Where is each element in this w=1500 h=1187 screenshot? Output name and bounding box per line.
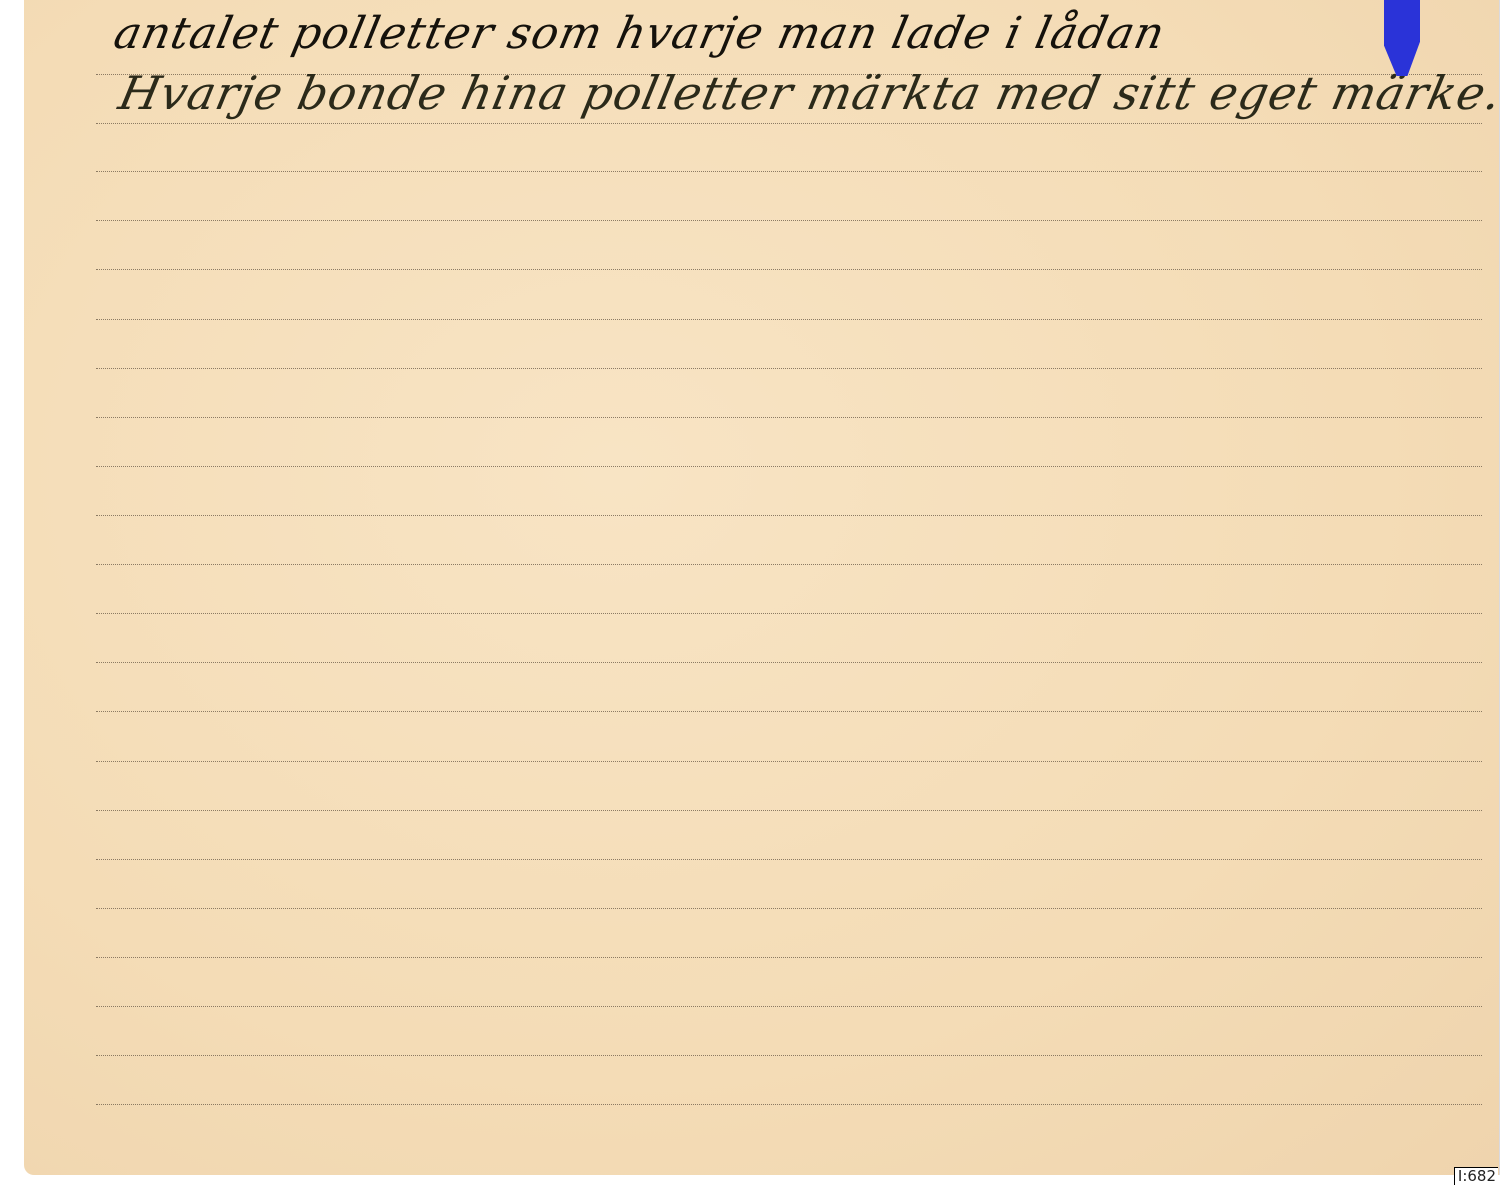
ruled-line [96, 269, 1482, 270]
ruled-line [96, 123, 1482, 124]
ruled-line [96, 957, 1482, 958]
handwritten-line-2: Hvarje bonde hina polletter märkta med s… [114, 66, 1500, 120]
ruled-line [96, 319, 1482, 320]
handwritten-line-1: antalet polletter som hvarje man lade i … [110, 8, 1170, 59]
ruled-line [96, 515, 1482, 516]
ruled-line [96, 908, 1482, 909]
ruled-line [96, 171, 1482, 172]
ruled-line [96, 466, 1482, 467]
ruled-line [96, 613, 1482, 614]
ruled-line [96, 417, 1482, 418]
ruled-line [96, 711, 1482, 712]
ruled-line [96, 1104, 1482, 1105]
document-page [24, 0, 1500, 1175]
archive-id-label: I:682 [1454, 1167, 1498, 1185]
ruled-line [96, 564, 1482, 565]
ruled-line [96, 859, 1482, 860]
ruled-line [96, 1055, 1482, 1056]
ruled-line [96, 761, 1482, 762]
ruled-line [96, 368, 1482, 369]
ruled-line [96, 220, 1482, 221]
ruled-line [96, 662, 1482, 663]
ruled-line [96, 810, 1482, 811]
ruled-line [96, 1006, 1482, 1007]
